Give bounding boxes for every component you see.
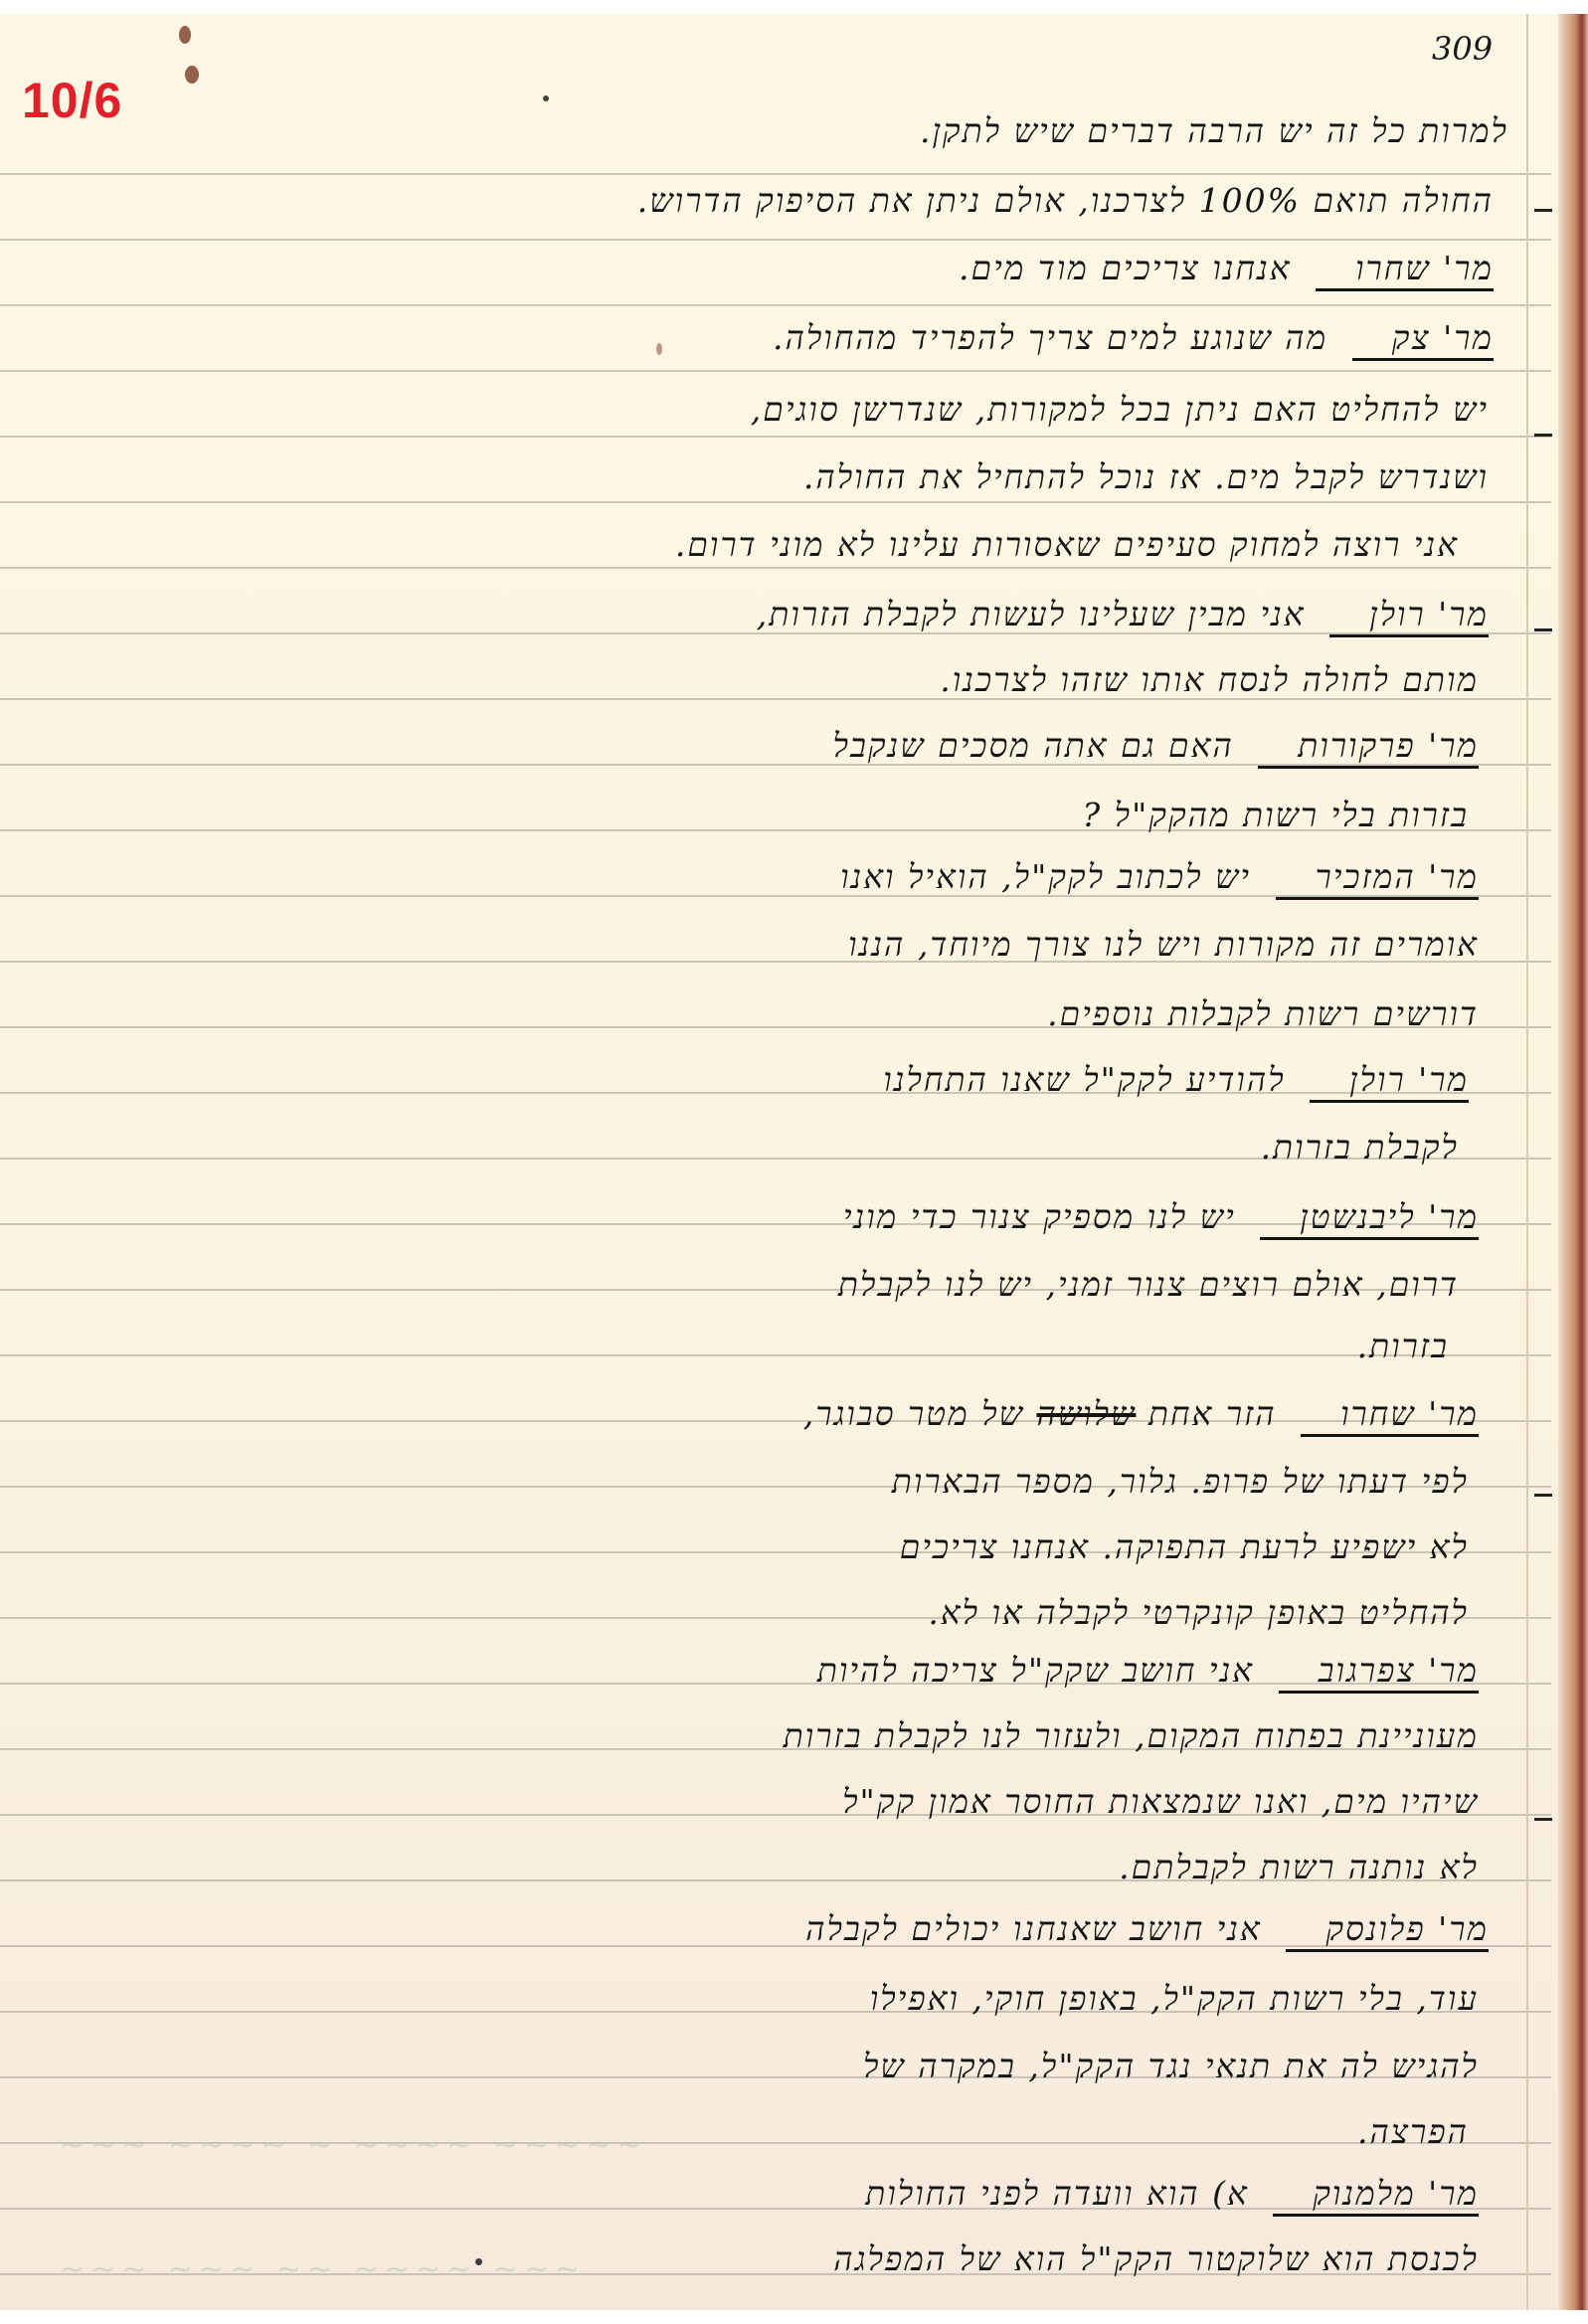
- line-text: לפי דעתו של פרופ. גלור, מספר הבארות: [892, 1462, 1469, 1501]
- line-text: לכנסת הוא שלוקטור הקק"ל הוא של המפלגה: [833, 2239, 1479, 2278]
- ink-stain: [179, 26, 191, 44]
- line-text: דרום, אולם רוצים צנור זמני, יש לנו לקבלת: [838, 1265, 1459, 1304]
- text-line: שיהיו מים, ואנו שנמצאות החוסר אמון קק"ל: [842, 1782, 1479, 1822]
- line-text: אנחנו צריכים מוד מים.: [959, 249, 1292, 287]
- text-line: מעוניינת בפתוח המקום, ולעזור לנו לקבלת ב…: [784, 1716, 1479, 1756]
- margin-tick: [1534, 1818, 1552, 1821]
- speaker-name: מר' פלונסק: [1286, 1909, 1489, 1952]
- text-line: למרות כל זה יש הרבה דברים שיש לתקן.: [920, 111, 1508, 151]
- ink-stain: [543, 95, 549, 101]
- line-text: מעוניינת בפתוח המקום, ולעזור לנו לקבלת ב…: [784, 1716, 1479, 1755]
- speaker-name: מר' צק: [1352, 318, 1494, 361]
- line-text: האם גם אתה מסכים שנקבל: [833, 726, 1234, 765]
- text-line: דורשים רשות לקבלות נוספים.: [1047, 994, 1479, 1034]
- text-line: לא נותנה רשות לקבלתם.: [1119, 1848, 1479, 1887]
- margin-tick: [1534, 434, 1552, 437]
- text-line: אני רוצה למחוק סעיפים שאסורות עלינו לא מ…: [675, 525, 1459, 565]
- speaker-line: מר' צק מה שנוגע למים צריך להפריד מהחולה.: [773, 318, 1494, 361]
- line-text: החולה תואם 100% לצרכנו, אולם ניתן את הסי…: [637, 181, 1494, 220]
- speaker-line: מר' פרקורות האם גם אתה מסכים שנקבל: [833, 726, 1479, 769]
- text-line: להגיש לה את תנאי נגד הקק"ל, במקרה של: [863, 2047, 1479, 2086]
- speaker-name: מר' ליבנשטן: [1260, 1197, 1479, 1240]
- ruled-line: [0, 567, 1551, 569]
- ruled-line: [0, 304, 1551, 306]
- text-line: אומרים זה מקורות ויש לנו צורך מיוחד, הננ…: [848, 925, 1479, 965]
- speaker-name: מר' רולן: [1310, 1060, 1469, 1103]
- speaker-name: מר' שחרו: [1301, 1394, 1479, 1437]
- page-number: 309: [1432, 30, 1493, 68]
- line-text: יש להחליט האם ניתן בכל למקורות, שנדרשן ס…: [751, 390, 1489, 429]
- page-binding-edge: [1558, 14, 1588, 2311]
- speaker-line: מר' פלונסק אני חושב שאנחנו יכולים לקבלה: [805, 1909, 1489, 1952]
- line-text: מה שנוגע למים צריך להפריד מהחולה.: [773, 318, 1327, 357]
- line-text: א) הוא וועדה לפני החולות: [865, 2174, 1249, 2213]
- margin-tick: [1534, 1494, 1552, 1497]
- line-text: לקבלת בזרות.: [1261, 1128, 1459, 1166]
- struck-word: שלושה: [1036, 1394, 1136, 1433]
- line-text: להגיש לה את תנאי נגד הקק"ל, במקרה של: [863, 2047, 1479, 2085]
- text-line: בזרות.: [1357, 1327, 1449, 1366]
- line-text: בזרות.: [1357, 1327, 1449, 1365]
- line-text: בזרות בלי רשות מהקק"ל ?: [1082, 796, 1469, 834]
- line-text: אני חושב שאנחנו יכולים לקבלה: [805, 1909, 1262, 1948]
- ink-stain: [185, 66, 199, 84]
- speaker-line: מר' ליבנשטן יש לנו מספיק צנור כדי מוני: [843, 1197, 1479, 1240]
- line-text: אני רוצה למחוק סעיפים שאסורות עלינו לא מ…: [675, 525, 1459, 564]
- line-text: הפרצה.: [1357, 2112, 1469, 2151]
- ink-stain: [656, 343, 662, 355]
- line-text: אני חושב שקק"ל צריכה להיות: [817, 1651, 1254, 1690]
- text-line: מותם לחולה לנסח אותו שזהו לצרכנו.: [940, 660, 1479, 700]
- text-line: להחליט באופן קונקרטי לקבלה או לא.: [928, 1593, 1469, 1633]
- text-line: לא ישפיע לרעת התפוקה. אנחנו צריכים: [900, 1527, 1469, 1567]
- line-text: שיהיו מים, ואנו שנמצאות החוסר אמון קק"ל: [842, 1782, 1479, 1821]
- line-text: לא ישפיע לרעת התפוקה. אנחנו צריכים: [900, 1527, 1469, 1566]
- ruled-line: [0, 436, 1551, 438]
- ruled-line: [0, 501, 1551, 503]
- speaker-line: מר' שחרו אנחנו צריכים מוד מים.: [959, 249, 1494, 291]
- line-text: עוד, בלי רשות הקק"ל, באופן חוקי, ואפילו: [870, 1979, 1479, 2018]
- text-line: יש להחליט האם ניתן בכל למקורות, שנדרשן ס…: [751, 390, 1489, 430]
- margin-tick: [1534, 209, 1552, 212]
- speaker-line: מר' רולן אני מבין שעלינו לעשות לקבלת הזר…: [757, 595, 1489, 637]
- line-text: לא נותנה רשות לקבלתם.: [1119, 1848, 1479, 1886]
- speaker-line: מר' מלמנוק א) הוא וועדה לפני החולות: [865, 2174, 1479, 2217]
- text-line: הפרצה.: [1357, 2112, 1469, 2152]
- speaker-line: מר' רולן להודיע לקק"ל שאנו התחלנו: [883, 1060, 1469, 1103]
- ruled-line: [0, 1354, 1551, 1356]
- line-text: מותם לחולה לנסח אותו שזהו לצרכנו.: [940, 660, 1479, 699]
- line-text: הזר אחת: [1148, 1394, 1277, 1433]
- speaker-name: מר' צפרגוב: [1279, 1651, 1479, 1694]
- speaker-line: מר' המזכיר יש לכתוב לקק"ל, הואיל ואנו: [840, 857, 1479, 900]
- line-text: למרות כל זה יש הרבה דברים שיש לתקן.: [920, 111, 1508, 150]
- speaker-name: מר' המזכיר: [1276, 857, 1479, 900]
- text-line: עוד, בלי רשות הקק"ל, באופן חוקי, ואפילו: [870, 1979, 1479, 2019]
- margin-line: [1526, 14, 1528, 2311]
- ruled-line: [0, 239, 1551, 241]
- speaker-name: מר' פרקורות: [1258, 726, 1479, 769]
- line-text: של מטר סבוגר,: [803, 1394, 1024, 1433]
- speaker-name: מר' מלמנוק: [1273, 2174, 1479, 2217]
- speaker-line: מר' שחרו הזר אחת שלושה של מטר סבוגר,: [803, 1394, 1479, 1437]
- line-text: ושנדרש לקבל מים. אז נוכל להתחיל את החולה…: [803, 457, 1489, 496]
- margin-tick: [1534, 628, 1552, 631]
- line-text: להחליט באופן קונקרטי לקבלה או לא.: [928, 1593, 1469, 1632]
- speaker-name: מר' שחרו: [1316, 249, 1494, 291]
- ruled-line: [0, 173, 1551, 175]
- text-line: לפי דעתו של פרופ. גלור, מספר הבארות: [892, 1462, 1469, 1502]
- text-line: לכנסת הוא שלוקטור הקק"ל הוא של המפלגה: [833, 2239, 1479, 2279]
- text-line: החולה תואם 100% לצרכנו, אולם ניתן את הסי…: [637, 181, 1494, 221]
- ruled-line: [0, 370, 1551, 372]
- line-text: אני מבין שעלינו לעשות לקבלת הזרות,: [757, 595, 1306, 633]
- line-text: להודיע לקק"ל שאנו התחלנו: [883, 1060, 1285, 1099]
- speaker-line: מר' צפרגוב אני חושב שקק"ל צריכה להיות: [817, 1651, 1479, 1694]
- text-line: דרום, אולם רוצים צנור זמני, יש לנו לקבלת: [838, 1265, 1459, 1305]
- bleed-through-text: ~~~ ~~~ ~~ ~~~~ ~~~: [60, 2252, 586, 2287]
- text-line: לקבלת בזרות.: [1261, 1128, 1459, 1167]
- text-line: בזרות בלי רשות מהקק"ל ?: [1082, 796, 1469, 835]
- line-text: יש לכתוב לקק"ל, הואיל ואנו: [840, 857, 1251, 896]
- speaker-name: מר' רולן: [1329, 595, 1489, 637]
- line-text: דורשים רשות לקבלות נוספים.: [1047, 994, 1479, 1033]
- line-text: אומרים זה מקורות ויש לנו צורך מיוחד, הננ…: [848, 925, 1479, 964]
- scan-bottom-border: [0, 2310, 1588, 2324]
- scan-top-border: [0, 0, 1588, 14]
- bleed-through-text: ~~~ ~~~~ ~ ~~~~ ~~~~~: [60, 2128, 647, 2163]
- text-line: ושנדרש לקבל מים. אז נוכל להתחיל את החולה…: [803, 457, 1489, 497]
- line-text: יש לנו מספיק צנור כדי מוני: [843, 1197, 1236, 1236]
- date-label: 10/6: [22, 72, 122, 129]
